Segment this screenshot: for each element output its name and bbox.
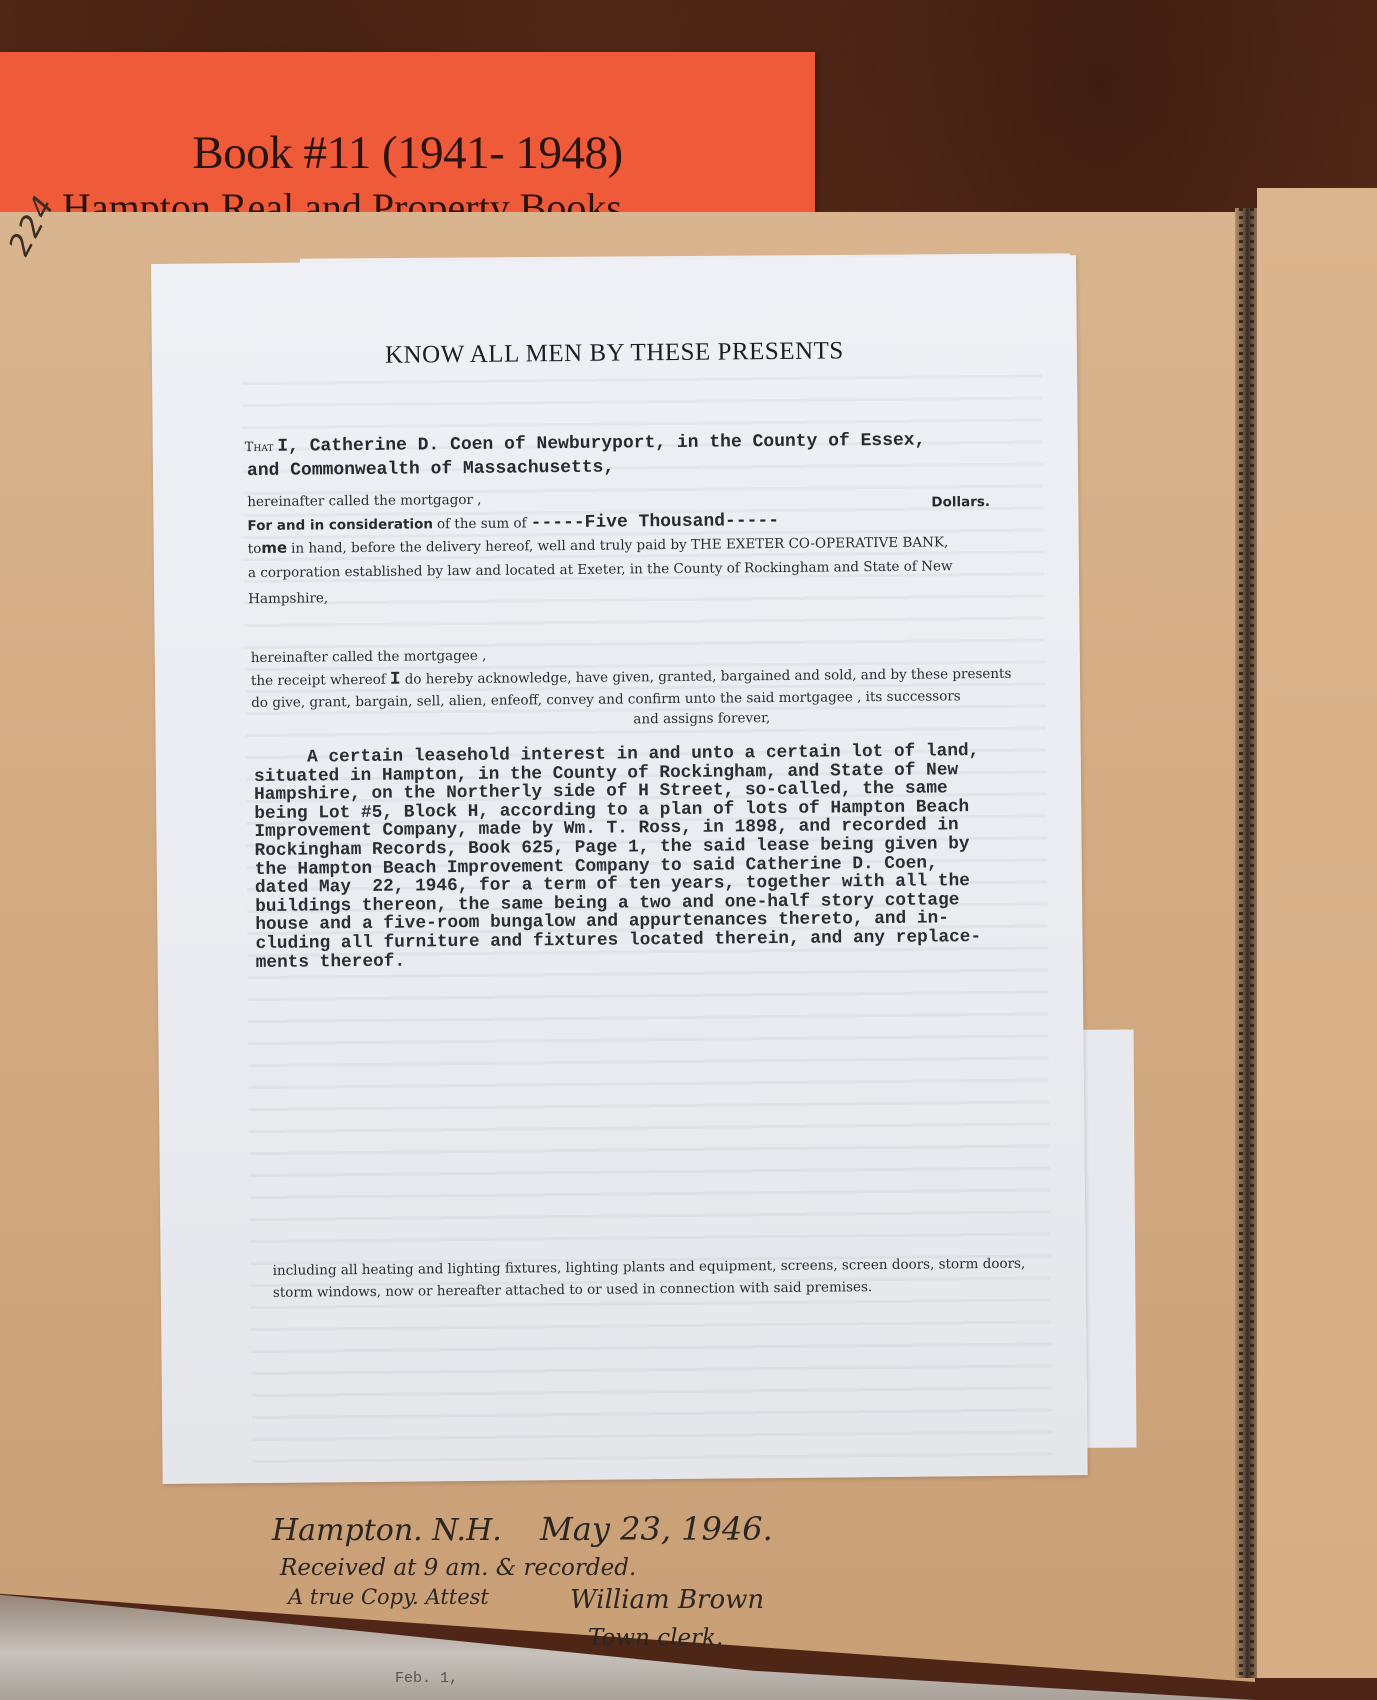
dollars-label: Dollars.	[931, 494, 990, 511]
binding-spiral-left	[1239, 208, 1243, 1678]
cover-title: Book #11 (1941- 1948)	[0, 126, 815, 180]
handwritten-title: Town clerk.	[588, 1625, 723, 1651]
binding-spiral-right	[1250, 208, 1254, 1678]
grantor-line-2: and Commonwealth of Massachusetts,	[247, 458, 614, 482]
mortgagee-label: hereinafter called the mortgagee ,	[251, 648, 487, 666]
handwritten-date: May 23, 1946.	[540, 1510, 773, 1548]
handwritten-signature: William Brown	[570, 1585, 764, 1615]
handwritten-received: Received at 9 am. & recorded.	[280, 1555, 636, 1581]
mortgagor-label: hereinafter called the mortgagor ,	[247, 492, 481, 510]
right-page	[1257, 188, 1377, 1678]
consideration-amount: -----Five Thousand-----	[531, 511, 780, 533]
assigns-line: and assigns forever,	[633, 710, 770, 727]
property-description: A certain leasehold interest in and unto…	[254, 742, 982, 972]
underlying-page-text: Feb. 1,	[395, 1670, 458, 1687]
handwritten-attest: A true Copy. Attest	[288, 1585, 489, 1609]
corporation-line-2: Hampshire,	[248, 590, 328, 607]
handwritten-place: Hampton. N.H.	[272, 1513, 502, 1548]
mortgage-document: KNOW ALL MEN BY THESE PRESENTS That I, C…	[151, 255, 1088, 1484]
